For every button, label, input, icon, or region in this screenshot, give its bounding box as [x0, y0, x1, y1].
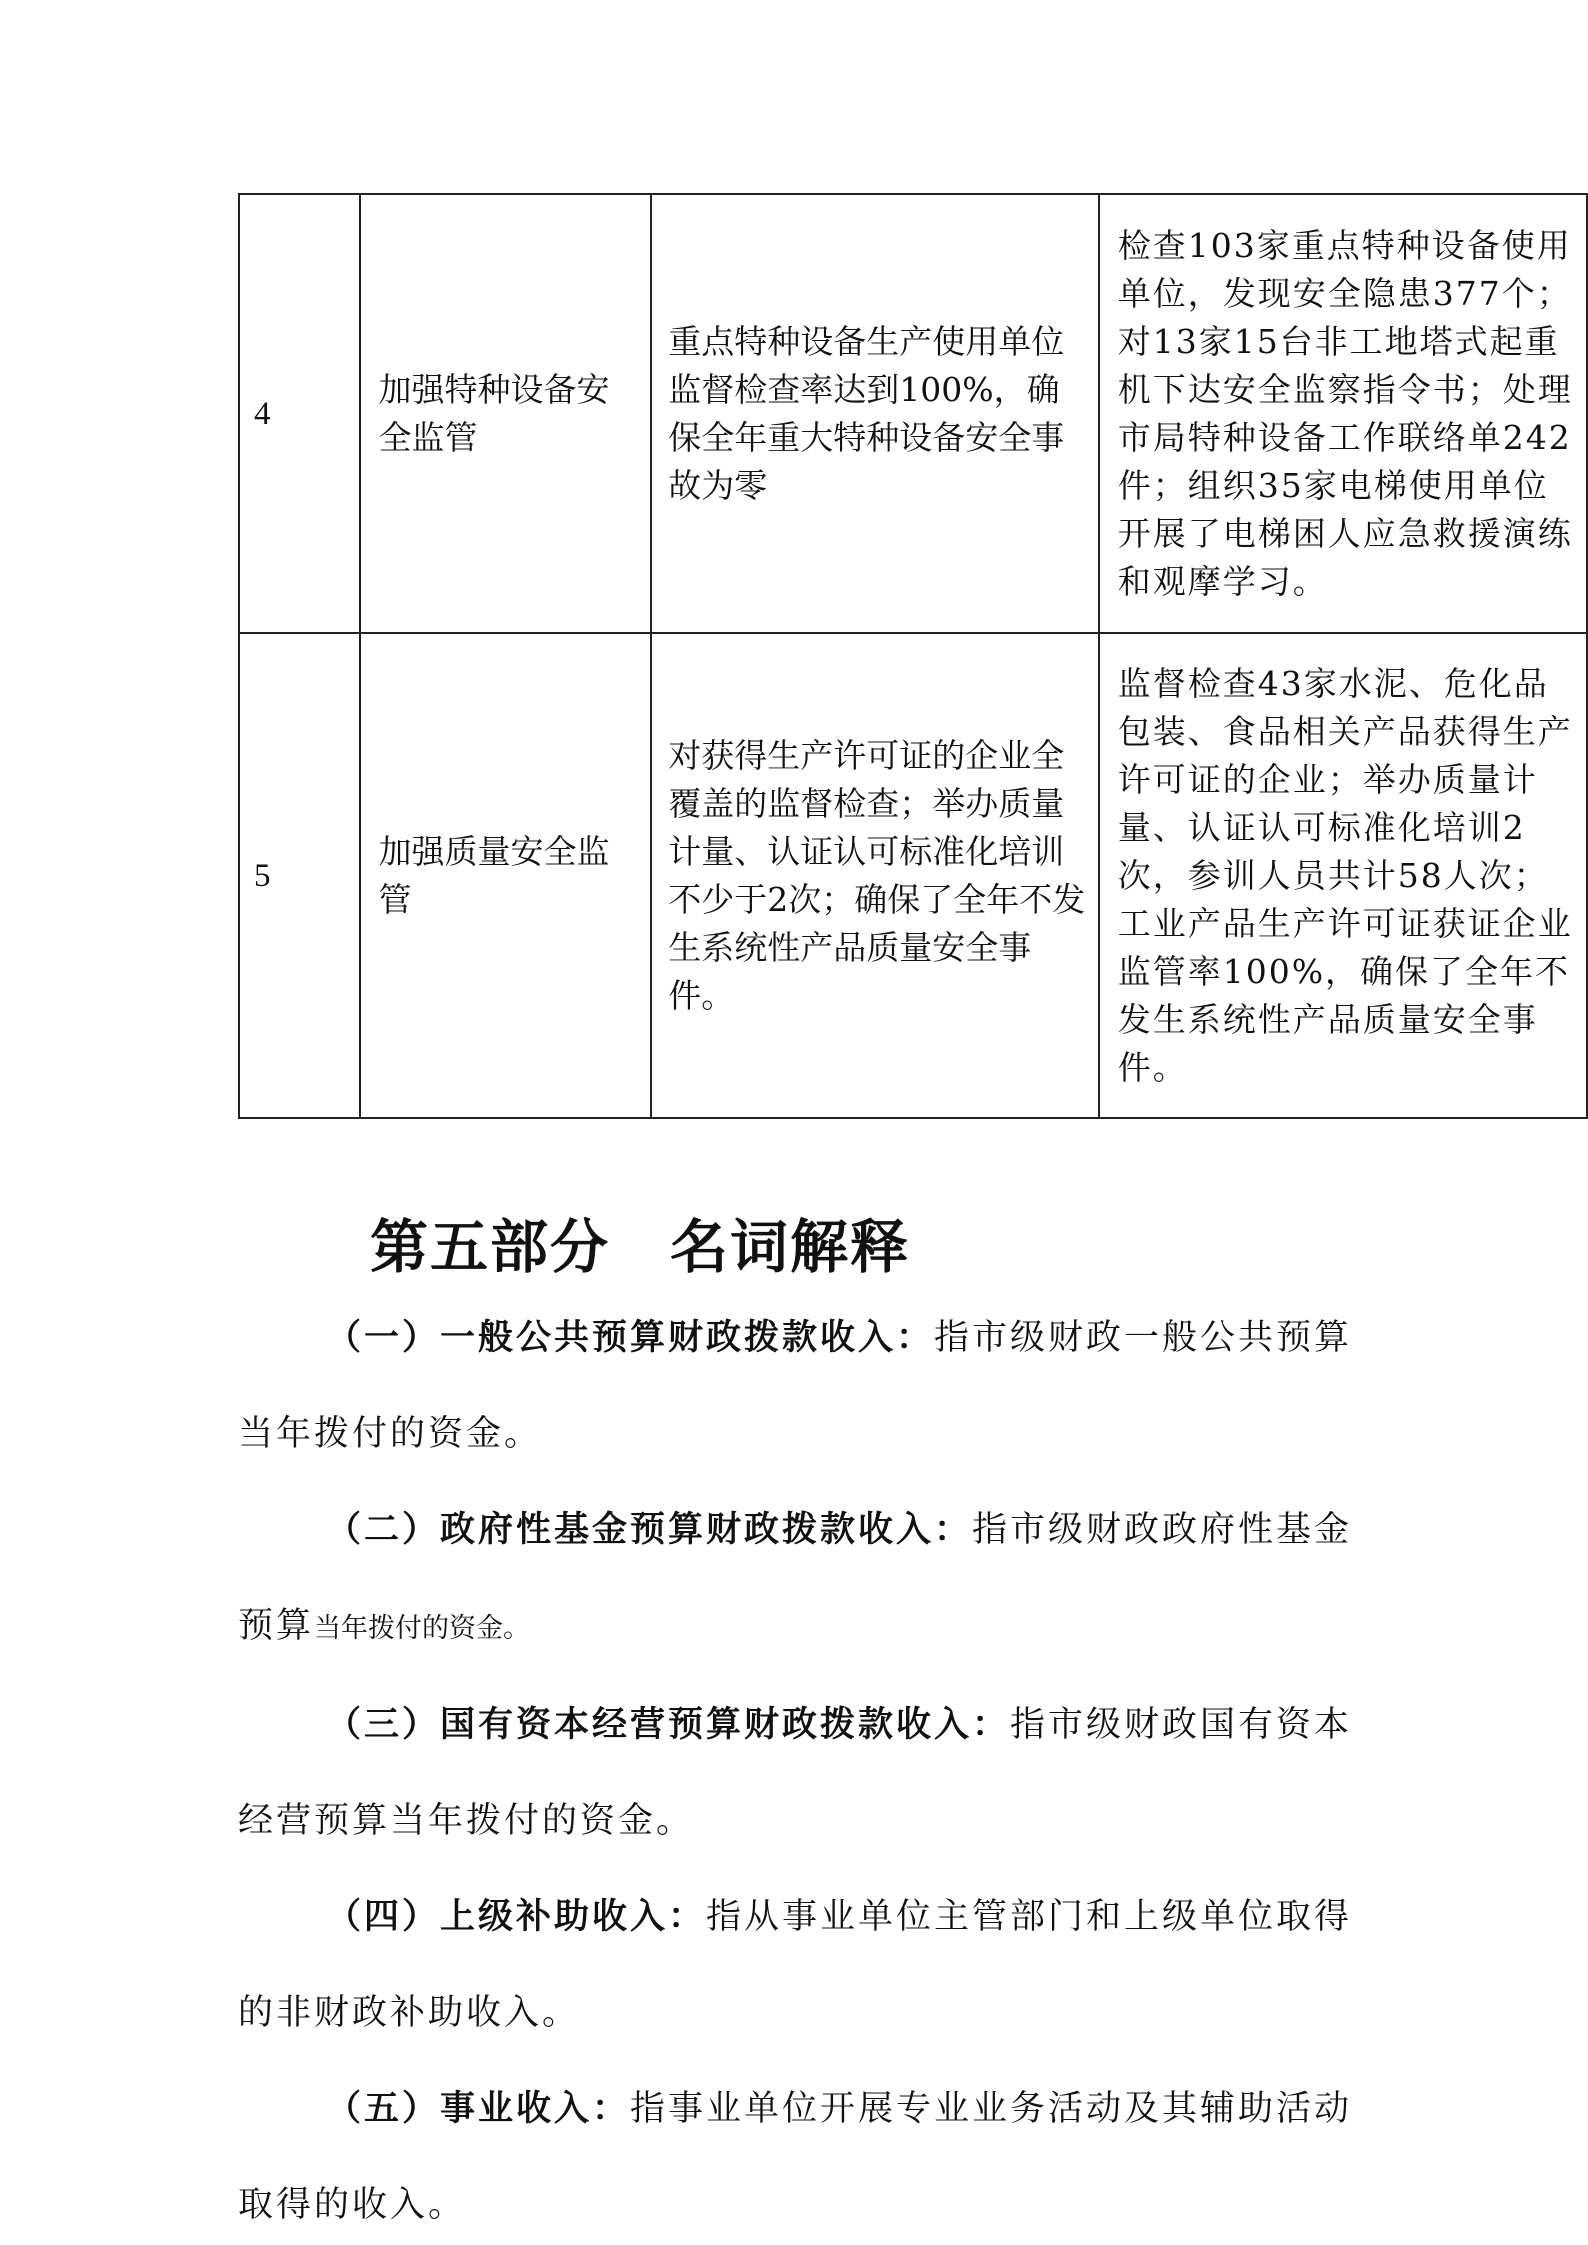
task-name: 加强特种设备安全监管 — [360, 194, 652, 633]
definition-term: （四）上级补助收入： — [326, 1896, 706, 1937]
table-row: 4 加强特种设备安全监管 重点特种设备生产使用单位监督检查率达到100%，确保全… — [239, 194, 1587, 633]
definition-item: （三）国有资本经营预算财政拨款收入：指市级财政国有资本经营预算当年拨付的资金。 — [238, 1677, 1358, 1869]
definition-text-small: 当年拨付的资金。 — [314, 1613, 530, 1644]
definition-term: （五）事业收入： — [326, 2088, 630, 2129]
task-result: 检查103家重点特种设备使用单位，发现安全隐患377个；对13家15台非工地塔式… — [1099, 194, 1587, 633]
definition-term: （二）政府性基金预算财政拨款收入： — [326, 1509, 972, 1550]
row-number: 4 — [239, 194, 360, 633]
definition-term: （一）一般公共预算财政拨款收入： — [326, 1317, 934, 1358]
task-goal: 重点特种设备生产使用单位监督检查率达到100%，确保全年重大特种设备安全事故为零 — [651, 194, 1098, 633]
definition-item: （四）上级补助收入：指从事业单位主管部门和上级单位取得的非财政补助收入。 — [238, 1869, 1358, 2061]
definition-item: （二）政府性基金预算财政拨款收入：指市级财政政府性基金预算当年拨付的资金。 — [238, 1482, 1358, 1677]
definition-item: （五）事业收入：指事业单位开展专业业务活动及其辅助活动取得的收入。 — [238, 2061, 1358, 2245]
definition-item: （一）一般公共预算财政拨款收入：指市级财政一般公共预算当年拨付的资金。 — [238, 1290, 1358, 1482]
row-number: 5 — [239, 633, 360, 1118]
task-goal: 对获得生产许可证的企业全覆盖的监督检查；举办质量计量、认证认可标准化培训不少于2… — [651, 633, 1098, 1118]
section-heading: 第五部分 名词解释 — [370, 1200, 910, 1284]
definitions-list: （一）一般公共预算财政拨款收入：指市级财政一般公共预算当年拨付的资金。 （二）政… — [238, 1290, 1358, 2245]
table-row: 5 加强质量安全监管 对获得生产许可证的企业全覆盖的监督检查；举办质量计量、认证… — [239, 633, 1587, 1118]
task-name: 加强质量安全监管 — [360, 633, 652, 1118]
task-result: 监督检查43家水泥、危化品包装、食品相关产品获得生产许可证的企业；举办质量计量、… — [1099, 633, 1587, 1118]
definition-term: （三）国有资本经营预算财政拨款收入： — [326, 1704, 1010, 1745]
performance-table: 4 加强特种设备安全监管 重点特种设备生产使用单位监督检查率达到100%，确保全… — [238, 193, 1588, 1119]
